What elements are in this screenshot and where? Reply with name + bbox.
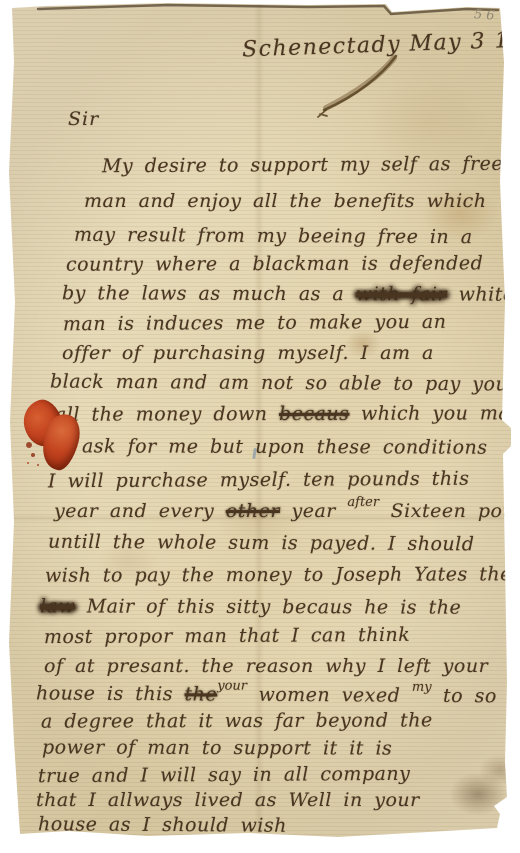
struck-word: law <box>40 595 75 617</box>
letter-text: house is this <box>36 682 185 705</box>
letter-line: wish to pay the money to Joseph Yates th… <box>45 563 512 586</box>
letter-text: Sixteen pounds <box>379 500 520 522</box>
letter-text: Mair of this sitty becaus he is the <box>75 595 461 618</box>
letter-line: of at presant. the reason why I left you… <box>44 655 488 677</box>
letter-text: most propor man that I can think <box>44 624 410 648</box>
letter-text: may result from my beeing free in a <box>74 224 473 249</box>
letter-text: which you may <box>349 402 520 425</box>
letter-text: power of man to support it it is <box>42 736 392 759</box>
struck-word: the <box>184 683 217 705</box>
letter-line: all the money down becaus which you may <box>55 402 520 425</box>
letter-text: year <box>280 500 347 522</box>
letter-line: house is this theyour women vexed my to … <box>36 682 520 707</box>
letter-text: man is induces me to make you an <box>63 311 447 335</box>
letter-line: man and enjoy all the benefits which <box>84 190 487 212</box>
inserted-word: your <box>217 679 247 694</box>
letter-line: untill the whole sum is payed. I should <box>48 531 475 556</box>
document-scan: 56 Schenectady May 3 1798 Sir My desire … <box>0 0 520 853</box>
letter-line: country where a blackman is defended <box>66 252 483 275</box>
letter-line: a degree that it was far beyond the <box>41 709 433 732</box>
letter-text: that I allways lived as Well in your <box>36 789 420 811</box>
letter-text: I will purchase myself. ten pounds this <box>48 468 470 493</box>
letter-text: house as I should wish <box>38 813 287 837</box>
letter-text: offer of purchasing myself. I am a <box>62 342 434 364</box>
letter-text: wish to pay the money to Joseph Yates th… <box>45 563 512 586</box>
letter-line: law Mair of this sitty becaus he is the <box>40 595 461 618</box>
letter-text: country where a blackman is defended <box>66 252 483 275</box>
letter-text: all the money down <box>55 403 279 426</box>
letter-text: true and I will say in all company <box>38 763 411 787</box>
letter-line: My desire to support my self as free <box>102 153 503 178</box>
letter-text: untill the whole sum is payed. I should <box>48 531 475 556</box>
letter-line: house as I should wish <box>38 813 287 837</box>
letter-text: ask for me but upon these conditions <box>82 435 488 458</box>
inserted-word: my <box>412 680 432 695</box>
letter-text: women vexed <box>247 684 412 707</box>
letter-line: that I allways lived as Well in your <box>36 789 420 811</box>
letter-line: may result from my beeing free in a <box>74 224 473 249</box>
letter-line: ask for me but upon these conditions <box>82 435 488 458</box>
struck-word: becaus <box>279 403 349 425</box>
letter-line: by the laws as much as a with fair white <box>62 282 515 305</box>
inserted-word: after <box>347 495 379 510</box>
letter-text: black man and am not so able to pay you <box>50 371 508 396</box>
letter-line: power of man to support it it is <box>42 736 392 759</box>
letter-text: year and every <box>54 500 226 522</box>
letter-line: black man and am not so able to pay you <box>50 371 508 396</box>
letter-line: I will purchase myself. ten pounds this <box>48 468 470 493</box>
letter-line: offer of purchasing myself. I am a <box>62 342 434 364</box>
letter-line: most propor man that I can think <box>44 624 410 648</box>
letter-paper: 56 Schenectady May 3 1798 Sir My desire … <box>8 2 512 840</box>
wax-seal-speckles <box>26 442 32 448</box>
struck-word: with fair <box>356 283 447 305</box>
letter-text: by the laws as much as a <box>62 282 356 305</box>
letter-text: white <box>447 283 515 305</box>
letter-text: My desire to support my self as free <box>102 153 503 178</box>
letter-text: of at presant. the reason why I left you… <box>44 655 488 677</box>
letter-line: true and I will say in all company <box>38 763 411 787</box>
struck-word: other <box>226 500 280 522</box>
letter-line: man is induces me to make you an <box>63 311 447 335</box>
wax-seal <box>24 398 84 474</box>
letter-text: to so high <box>431 685 520 708</box>
letter-line: year and every other year after Sixteen … <box>54 500 520 522</box>
letter-text: a degree that it was far beyond the <box>41 709 433 732</box>
letter-text: man and enjoy all the benefits which <box>84 190 487 212</box>
